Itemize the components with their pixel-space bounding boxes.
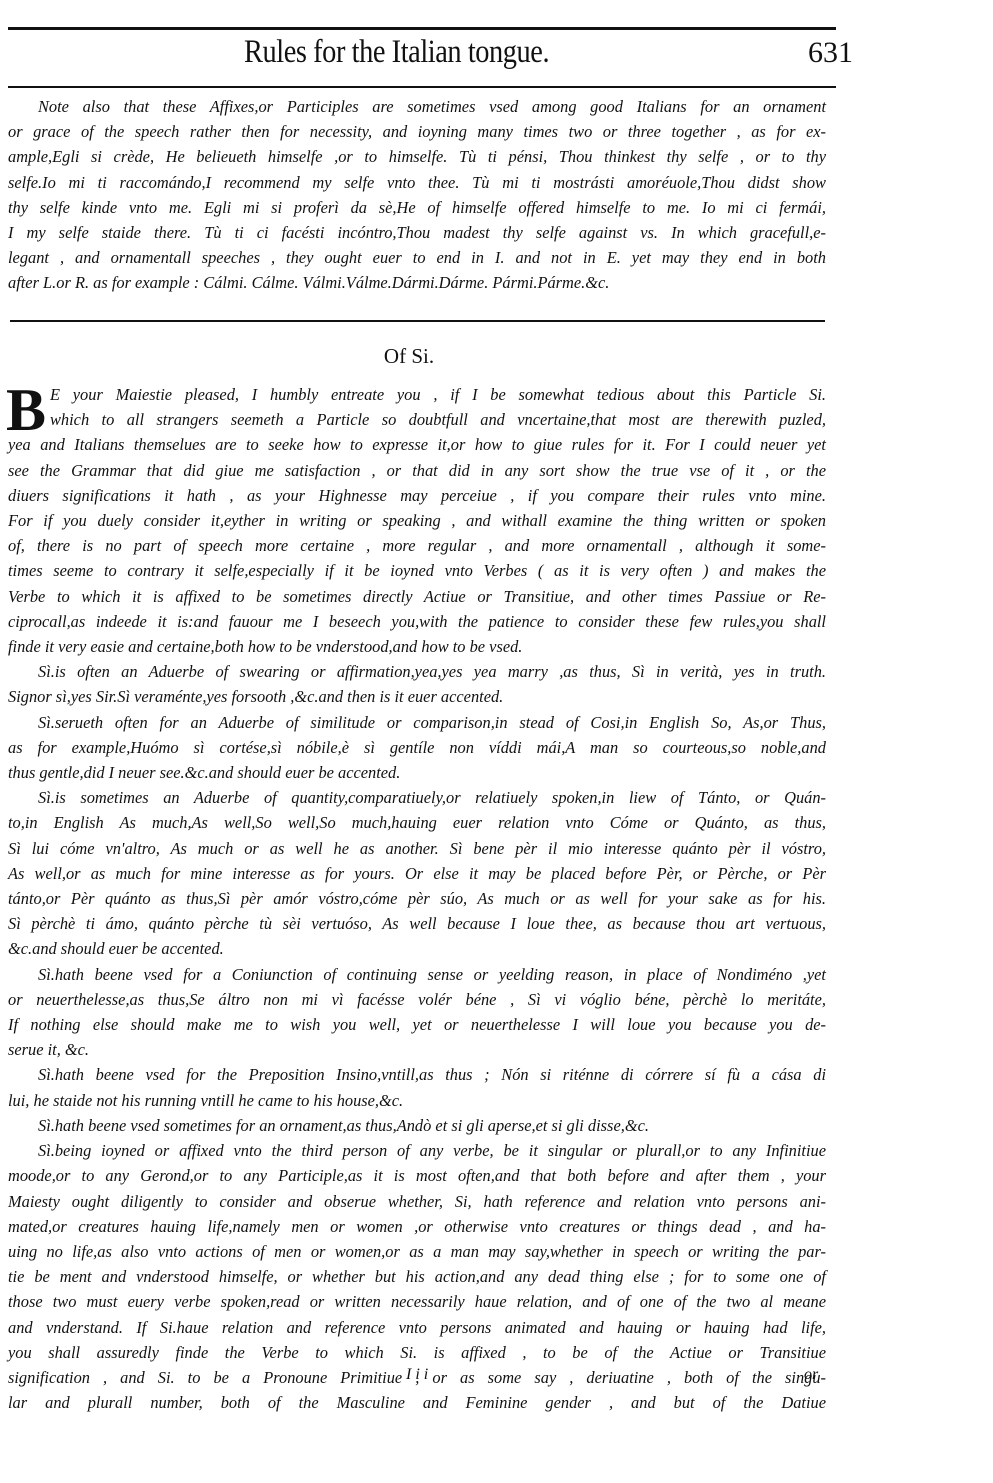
header-bottom-rule bbox=[8, 86, 836, 88]
signature-mark: I i i bbox=[406, 1366, 428, 1384]
text-line: tie be ment and vnderstood himselfe, or … bbox=[8, 1264, 826, 1289]
text-line: Sì.is often an Aduerbe of swearing or af… bbox=[8, 659, 826, 684]
section-divider-rule bbox=[10, 320, 825, 322]
text-line: mated,or creatures hauing life,namely me… bbox=[8, 1214, 826, 1239]
text-line: yea and Italians themselues are to seeke… bbox=[8, 432, 826, 457]
book-page: Rules for the Italian tongue. 631 Note a… bbox=[0, 0, 993, 1483]
text-line: Sì.serueth often for an Aduerbe of simil… bbox=[8, 710, 826, 735]
text-line: to,in English As much,As well,So well,So… bbox=[8, 810, 826, 835]
text-line: after L.or R. as for example : Cálmi. Cá… bbox=[8, 270, 826, 295]
text-line: ciprocall,as indeede it is:and fauour me… bbox=[8, 609, 826, 634]
text-line: serue it, &c. bbox=[8, 1037, 826, 1062]
running-title: Rules for the Italian tongue. bbox=[244, 34, 549, 71]
text-line: thus gentle,did I neuer see.&c.and shoul… bbox=[8, 760, 826, 785]
text-line: you shall assuredly finde the Verbe to w… bbox=[8, 1340, 826, 1365]
text-line: Maiesty ought diligently to consider and… bbox=[8, 1189, 826, 1214]
text-line: Sì.is sometimes an Aduerbe of quantity,c… bbox=[8, 785, 826, 810]
text-line: lui, he staide not his running vntill he… bbox=[8, 1088, 826, 1113]
text-line: diuers significations it hath , as your … bbox=[8, 483, 826, 508]
text-line: Sì.hath beene vsed for the Preposition I… bbox=[8, 1062, 826, 1087]
text-line: For if you duely consider it,eyther in w… bbox=[8, 508, 826, 533]
note-paragraph: Note also that these Affixes,or Particip… bbox=[8, 94, 826, 296]
text-line: thy selfe kinde vnto me. Egli mi si prof… bbox=[8, 195, 826, 220]
text-line: If nothing else should make me to wish y… bbox=[8, 1012, 826, 1037]
section-title: Of Si. bbox=[0, 344, 818, 369]
text-line: see the Grammar that did giue me satisfa… bbox=[8, 458, 826, 483]
text-line: ample,Egli si crède, He belieueth himsel… bbox=[8, 144, 826, 169]
text-line: Sì.hath beene vsed for a Coniunction of … bbox=[8, 962, 826, 987]
text-line: &c.and should euer be accented. bbox=[8, 936, 826, 961]
text-line: As well,or as much for mine interesse as… bbox=[8, 861, 826, 886]
page-number: 631 bbox=[808, 36, 853, 70]
header-top-rule bbox=[8, 27, 836, 30]
text-line: which to all strangers seemeth a Particl… bbox=[8, 407, 826, 432]
catchword: or bbox=[804, 1366, 818, 1384]
text-line: uing no life,as also vnto actions of men… bbox=[8, 1239, 826, 1264]
text-line: and vnderstand. If Si.haue relation and … bbox=[8, 1315, 826, 1340]
text-line: moode,or to any Gerond,or to any Partici… bbox=[8, 1163, 826, 1188]
text-line: lar and plurall number, both of the Masc… bbox=[8, 1390, 826, 1415]
text-line: or grace of the speech rather then for n… bbox=[8, 119, 826, 144]
text-line: times seeme to contrary it selfe,especia… bbox=[8, 558, 826, 583]
text-line: Sì lui cóme vn'altro, As much or as well… bbox=[8, 836, 826, 861]
text-line: those two must euery verbe spoken,read o… bbox=[8, 1289, 826, 1314]
text-line: I my selfe staide there. Tù ti ci facést… bbox=[8, 220, 826, 245]
text-line: E your Maiestie pleased, I humbly entrea… bbox=[8, 382, 826, 407]
paragraph-intro: E your Maiestie pleased, I humbly entrea… bbox=[8, 382, 826, 1415]
text-line: or neuerthelesse,as thus,Se áltro non mi… bbox=[8, 987, 826, 1012]
text-line: Signor sì,yes Sir.Sì veraménte,yes forso… bbox=[8, 684, 826, 709]
text-line: selfe.Io mi ti raccomándo,I recommend my… bbox=[8, 170, 826, 195]
text-line: Sì pèrchè ti ámo, quánto pèrche tù sèi v… bbox=[8, 911, 826, 936]
text-line: Verbe to which it is affixed to be somet… bbox=[8, 584, 826, 609]
text-line: finde it very easie and certaine,both ho… bbox=[8, 634, 826, 659]
text-line: of, there is no part of speech more cert… bbox=[8, 533, 826, 558]
text-line: Sì.hath beene vsed sometimes for an orna… bbox=[8, 1113, 826, 1138]
text-line: tánto,or Pèr quánto as thus,Sì pèr amór … bbox=[8, 886, 826, 911]
text-line: Note also that these Affixes,or Particip… bbox=[8, 94, 826, 119]
text-line: Sì.being ioyned or affixed vnto the thir… bbox=[8, 1138, 826, 1163]
text-line: as for example,Huómo sì cortése,sì nóbil… bbox=[8, 735, 826, 760]
text-line: legant , and ornamentall speeches , they… bbox=[8, 245, 826, 270]
